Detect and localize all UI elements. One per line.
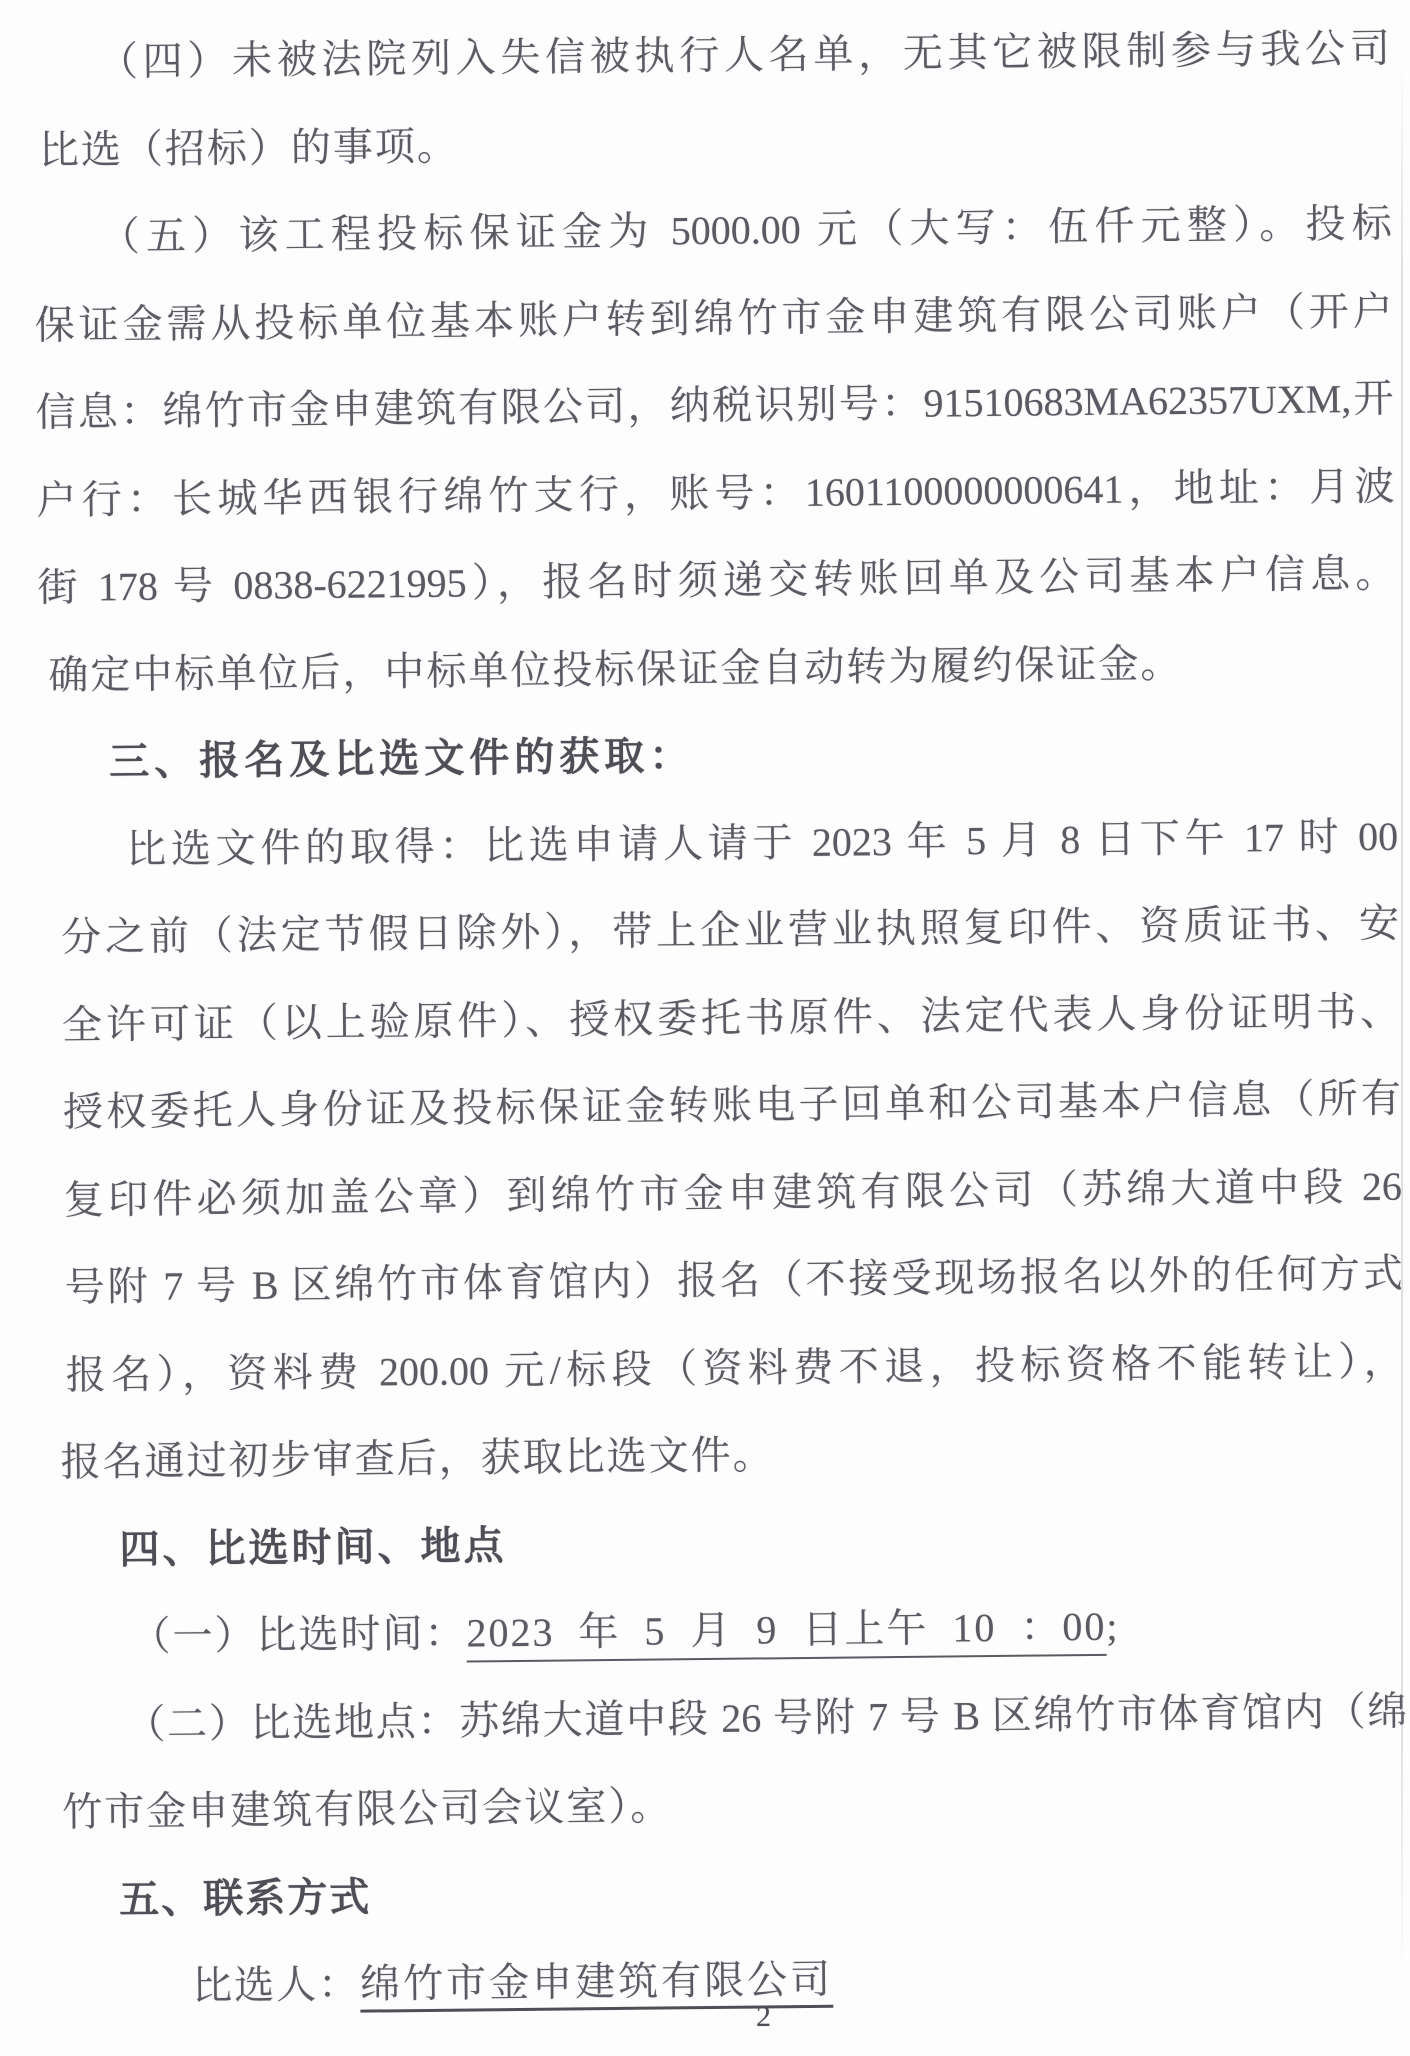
clause-five-line-1: （五）该工程投标保证金为 5000.00 元（大写：伍仟元整）。投标: [99, 180, 1392, 281]
clause-four-line-2: 比选（招标）的事项。: [38, 92, 1391, 194]
registration-para-line-1: 比选文件的取得：比选申请人请于 2023 年 5 月 8 日下午 17 时 00: [126, 792, 1399, 893]
registration-para-line-8: 报名通过初步审查后，获取比选文件。: [60, 1405, 1405, 1507]
registration-para-line-6: 号附 7 号 B 区绵竹市体育馆内）报名（不接受现场报名以外的任何方式: [64, 1230, 1403, 1332]
clause-five-line-6: 确定中标单位后，中标单位投标保证金自动转为履约保证金。: [48, 617, 1397, 719]
registration-para-line-5: 复印件必须加盖公章）到绵竹市金申建筑有限公司（苏绵大道中段 26: [63, 1142, 1402, 1244]
bid-time-value: 2023 年 5 月 9 日上午 10 ：00: [466, 1604, 1107, 1663]
page-number: 2: [756, 2000, 771, 2034]
bid-inviter-line: 比选人：绵竹市金申建筑有限公司: [192, 1930, 1410, 2030]
section-three-heading: 三、报名及比选文件的获取：: [109, 705, 1398, 806]
section-four-heading: 四、比选时间、地点: [119, 1492, 1406, 1593]
bid-inviter-label: 比选人：: [192, 1962, 360, 2009]
scan-edge-artifact: [1401, 60, 1403, 1976]
bid-time-suffix: ;: [1106, 1604, 1120, 1649]
document-page: （四）未被法院列入失信被执行人名单，无其它被限制参与我公司 比选（招标）的事项。…: [0, 0, 1410, 2056]
clause-four-line-1: （四）未被法院列入失信被执行人名单，无其它被限制参与我公司: [97, 5, 1390, 106]
section-five-heading: 五、联系方式: [119, 1842, 1410, 1943]
bid-time-line: （一）比选时间：2023 年 5 月 9 日上午 10 ：00;: [130, 1580, 1407, 1681]
document-content: （四）未被法院列入失信被执行人名单，无其它被限制参与我公司 比选（招标）的事项。…: [0, 5, 1410, 2032]
registration-para-line-4: 授权委托人身份证及投标保证金转账电子回单和公司基本户信息（所有: [62, 1055, 1401, 1157]
registration-para-line-2: 分之前（法定节假日除外），带上企业营业执照复印件、资质证书、安: [61, 880, 1400, 982]
clause-five-line-3: 信息：绵竹市金申建筑有限公司，纳税识别号：91510683MA62357UXM,…: [35, 355, 1394, 457]
bid-location-line-2: 竹市金申建筑有限公司会议室）。: [62, 1755, 1409, 1857]
clause-five-line-2: 保证金需从投标单位基本账户转到绵竹市金申建筑有限公司账户（开户: [34, 267, 1393, 369]
bid-time-label: （一）比选时间：: [130, 1611, 466, 1660]
bid-location-line-1: （二）比选地点：苏绵大道中段 26 号附 7 号 B 区绵竹市体育馆内（绵: [125, 1667, 1408, 1768]
registration-para-line-3: 全许可证（以上验原件）、授权委托书原件、法定代表人身份证明书、: [62, 967, 1401, 1069]
clause-five-line-5: 街 178 号 0838-6221995），报名时须递交转账回单及公司基本户信息…: [37, 530, 1396, 632]
clause-five-line-4: 户行：长城华西银行绵竹支行，账号：1601100000000641，地址：月波: [36, 442, 1395, 544]
registration-para-line-7: 报名），资料费 200.00 元/标段（资料费不退，投标资格不能转让），: [65, 1317, 1404, 1419]
